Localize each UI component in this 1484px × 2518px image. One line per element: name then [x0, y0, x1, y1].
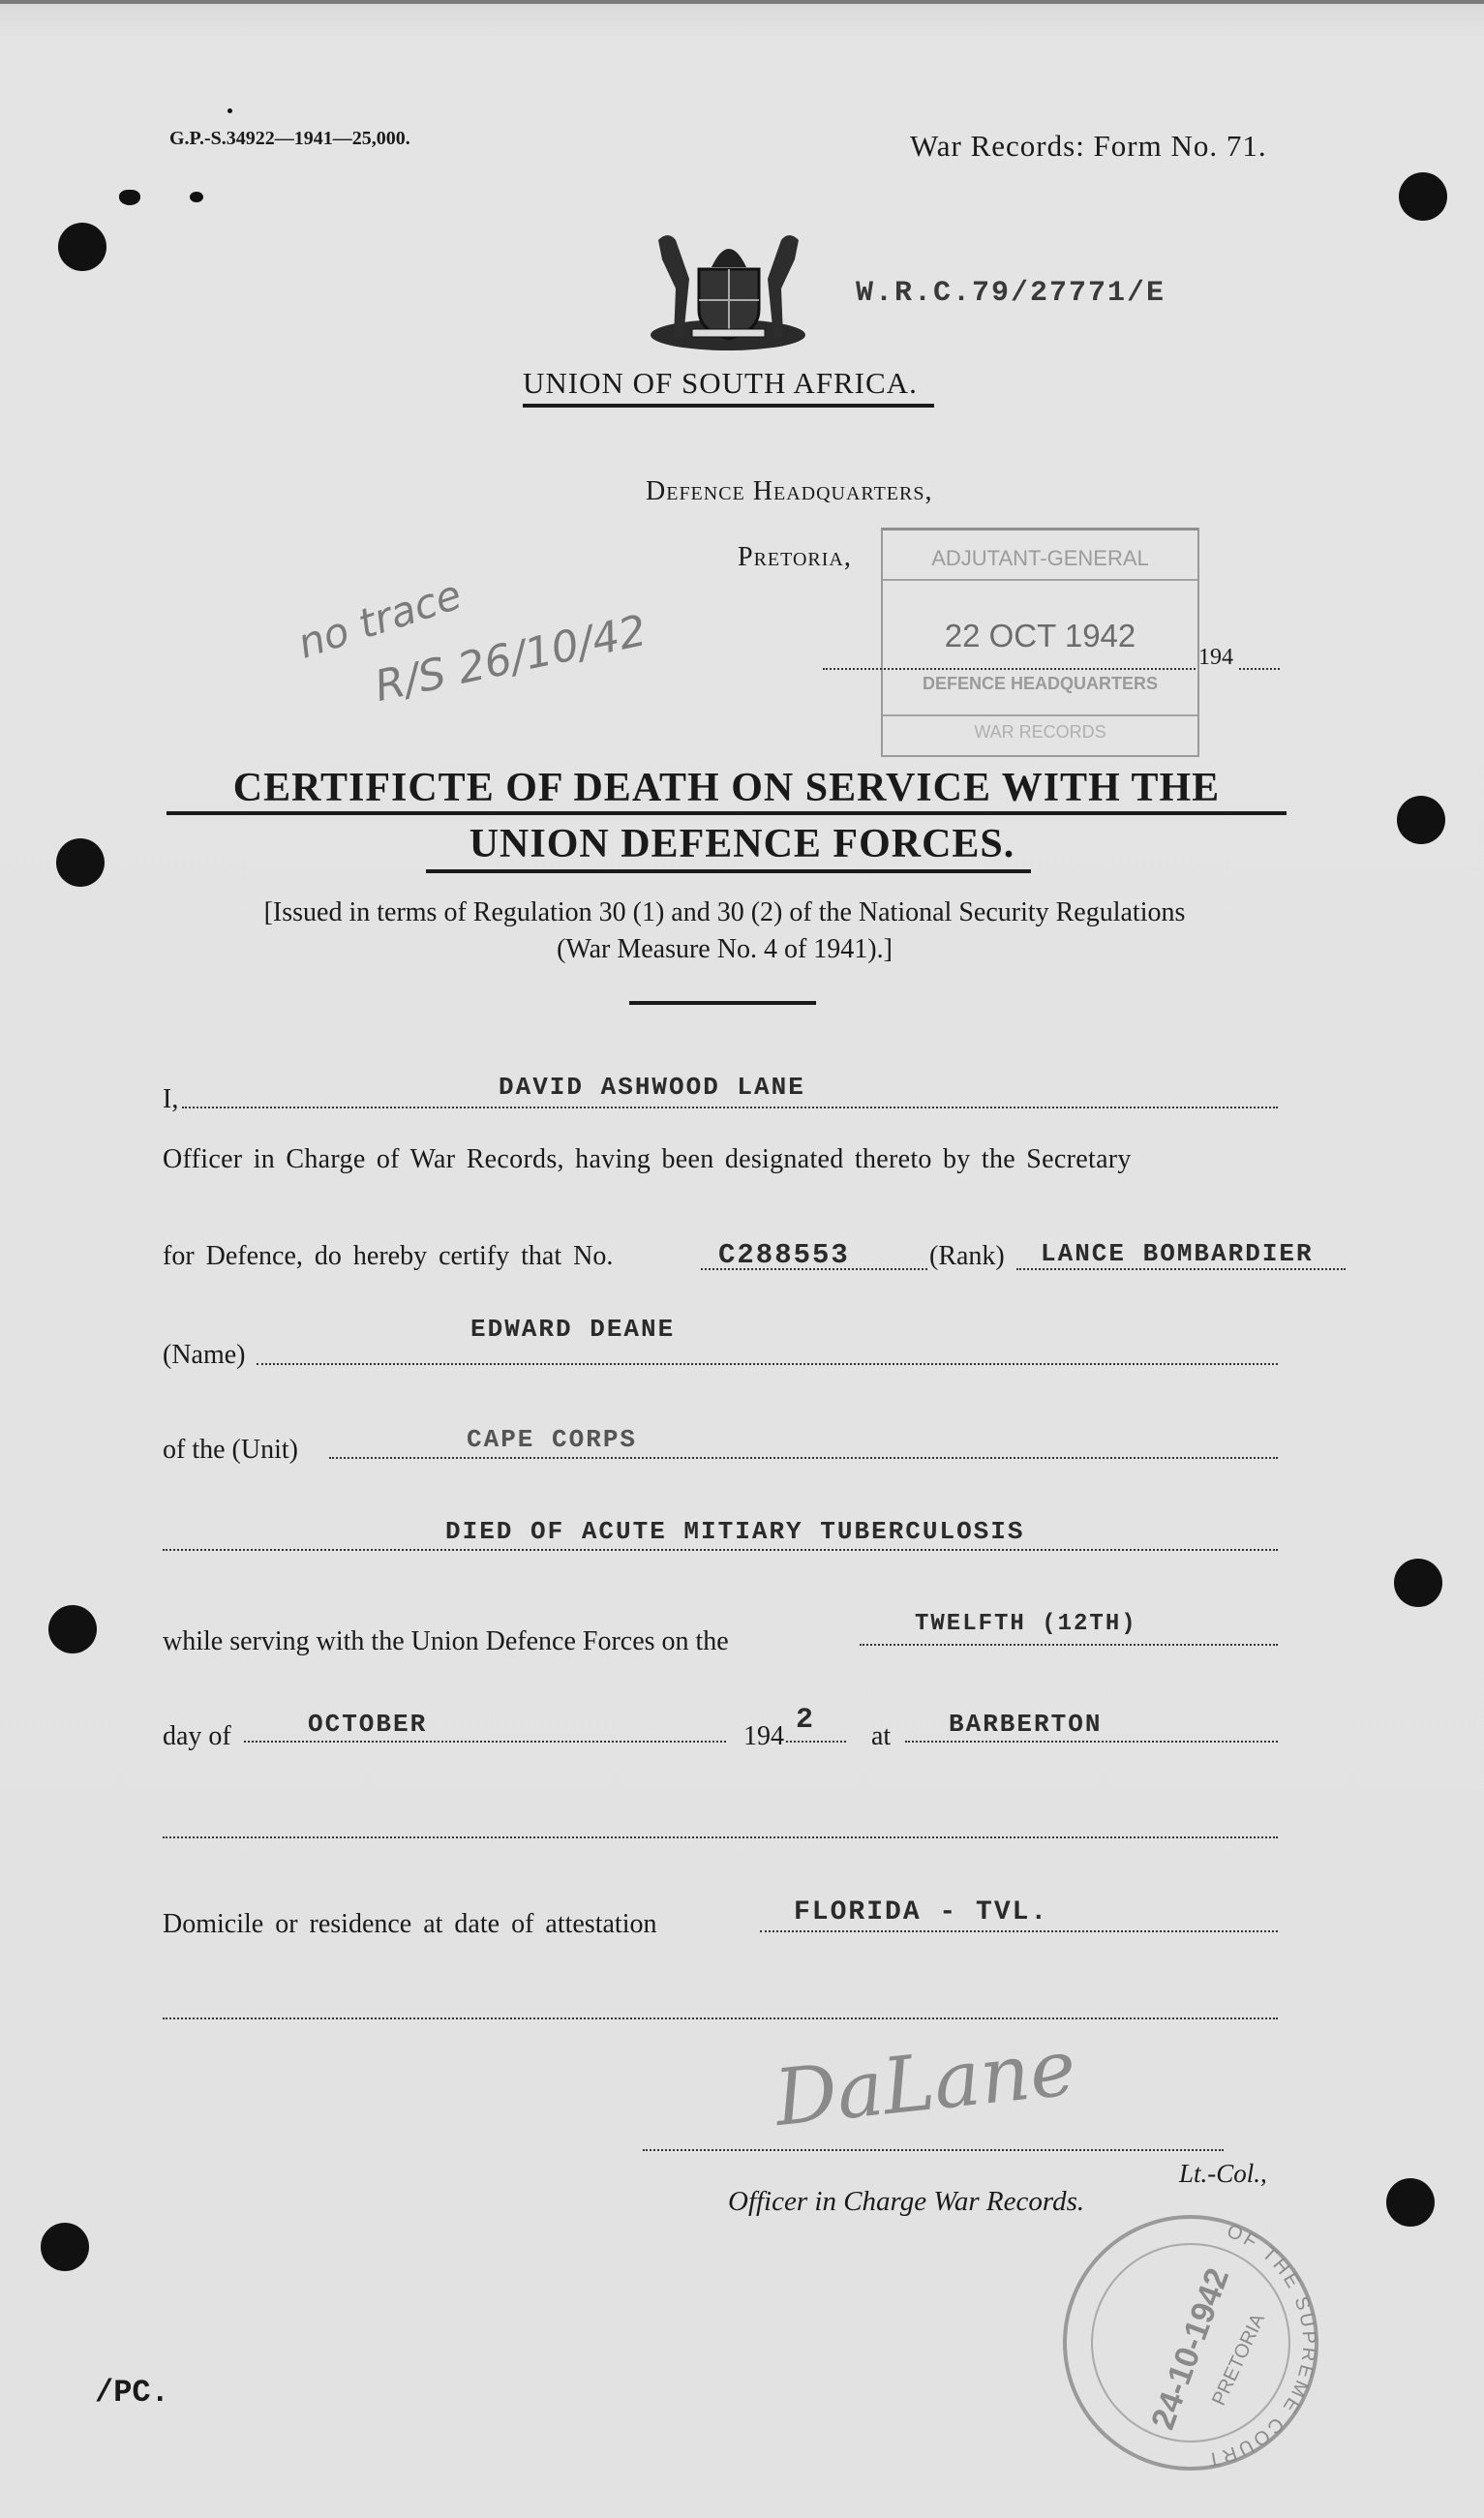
- section-divider: [629, 1001, 816, 1005]
- day-field[interactable]: TWELFTH (12TH): [915, 1611, 1137, 1637]
- punch-hole-right-3: [1394, 1559, 1442, 1607]
- received-stamp: ADJUTANT-GENERAL 22 OCT 1942 DEFENCE HEA…: [881, 528, 1199, 757]
- rank-label: (Rank): [929, 1241, 1005, 1272]
- year-digit-field[interactable]: 2: [796, 1704, 815, 1737]
- stamp-bottom-text: WAR RECORDS: [883, 722, 1197, 743]
- officer-signature: DaLane: [771, 2022, 1080, 2143]
- certify-text: for Defence, do hereby certify that No.: [163, 1241, 613, 1272]
- domicile-field[interactable]: FLORIDA - TVL.: [794, 1897, 1048, 1927]
- i-label: I,: [163, 1084, 178, 1115]
- stamp-divider: [883, 579, 1197, 581]
- ink-speck: [227, 108, 232, 113]
- punch-hole-right-4: [1386, 2178, 1435, 2227]
- month-field[interactable]: OCTOBER: [308, 1710, 427, 1739]
- country-underline: [523, 404, 934, 408]
- stamp-divider: [883, 714, 1197, 716]
- cause-line: [163, 1549, 1278, 1551]
- rank-line: [1016, 1268, 1346, 1270]
- unit-field[interactable]: CAPE CORPS: [467, 1425, 637, 1454]
- year-prefix: 194: [743, 1721, 784, 1752]
- punch-hole-right-1: [1399, 172, 1447, 221]
- title-underline-1: [167, 811, 1287, 815]
- svg-text:OF THE SUPREME COURT: OF THE SUPREME COURT: [1203, 2221, 1319, 2472]
- reference-number: W.R.C.79/27771/E: [856, 277, 1166, 310]
- unit-line: [329, 1457, 1278, 1459]
- ink-speck: [190, 192, 203, 202]
- form-number: War Records: Form No. 71.: [910, 129, 1267, 164]
- blank-line-1: [163, 1836, 1278, 1838]
- service-number-field[interactable]: C288553: [718, 1239, 850, 1271]
- address-line-1: Defence Headquarters,: [646, 476, 932, 507]
- footer-code: /PC.: [95, 2375, 169, 2411]
- certificate-title-line1: CERTIFICTE OF DEATH ON SERVICE WITH THE: [167, 765, 1287, 811]
- page-top-edge: [0, 0, 1484, 4]
- domicile-line: [760, 1930, 1278, 1932]
- rank-field[interactable]: LANCE BOMBARDIER: [1041, 1239, 1314, 1268]
- punch-hole-left-1: [58, 223, 106, 271]
- document-page: G.P.-S.34922—1941—25,000. War Records: F…: [0, 0, 1484, 2518]
- serving-text: while serving with the Union Defence For…: [163, 1626, 729, 1657]
- stamp-date: 22 OCT 1942: [883, 618, 1197, 654]
- month-line: [244, 1741, 726, 1743]
- name-label: (Name): [163, 1340, 246, 1371]
- place-field[interactable]: BARBERTON: [949, 1710, 1102, 1739]
- signature-title: Officer in Charge War Records.: [728, 2186, 1084, 2218]
- punch-hole-left-4: [41, 2223, 89, 2271]
- unit-label: of the (Unit): [163, 1435, 298, 1466]
- issued-under-regulation: [Issued in terms of Regulation 30 (1) an…: [161, 895, 1288, 968]
- svg-text:24-10-1942: 24-10-1942: [1144, 2263, 1236, 2434]
- signature-rank: Lt.-Col.,: [1179, 2159, 1267, 2189]
- coat-of-arms-icon: [639, 221, 818, 356]
- title-underline-2: [426, 869, 1031, 873]
- print-code: G.P.-S.34922—1941—25,000.: [169, 128, 410, 150]
- deceased-name-field[interactable]: EDWARD DEANE: [470, 1315, 675, 1344]
- blank-line-2: [163, 2017, 1278, 2019]
- stamp-middle-text: DEFENCE HEADQUARTERS: [883, 674, 1197, 694]
- supreme-court-seal-icon: OF THE SUPREME COURT 24-10-1942 PRETORIA: [1055, 2207, 1326, 2478]
- country-heading: UNION OF SOUTH AFRICA.: [523, 366, 918, 401]
- day-of-label: day of: [163, 1721, 231, 1752]
- date-year-line: [1239, 668, 1280, 670]
- designation-text: Officer in Charge of War Records, having…: [163, 1144, 1132, 1175]
- domicile-label: Domicile or residence at date of attesta…: [163, 1909, 656, 1940]
- date-line: [823, 668, 1196, 670]
- ink-speck: [119, 190, 140, 205]
- signature-line: [643, 2149, 1224, 2151]
- address-line-2: Pretoria,: [738, 542, 852, 573]
- certificate-title-line2: UNION DEFENCE FORCES.: [0, 821, 1484, 867]
- at-label: at: [871, 1721, 891, 1752]
- name-line: [257, 1363, 1278, 1365]
- date-year-prefix: 194: [1198, 645, 1233, 671]
- officer-name-field[interactable]: DAVID ASHWOOD LANE: [499, 1073, 805, 1102]
- cause-of-death-field[interactable]: DIED OF ACUTE MITIARY TUBERCULOSIS: [445, 1517, 1025, 1546]
- day-line: [860, 1644, 1278, 1646]
- issued-text-line1: [Issued in terms of Regulation 30 (1) an…: [161, 895, 1288, 931]
- place-line: [905, 1741, 1278, 1743]
- year-line: [786, 1741, 846, 1743]
- officer-name-line: [182, 1107, 1278, 1108]
- punch-hole-left-3: [48, 1605, 97, 1653]
- issued-text-line2: (War Measure No. 4 of 1941).]: [161, 931, 1288, 968]
- stamp-top-text: ADJUTANT-GENERAL: [883, 546, 1197, 571]
